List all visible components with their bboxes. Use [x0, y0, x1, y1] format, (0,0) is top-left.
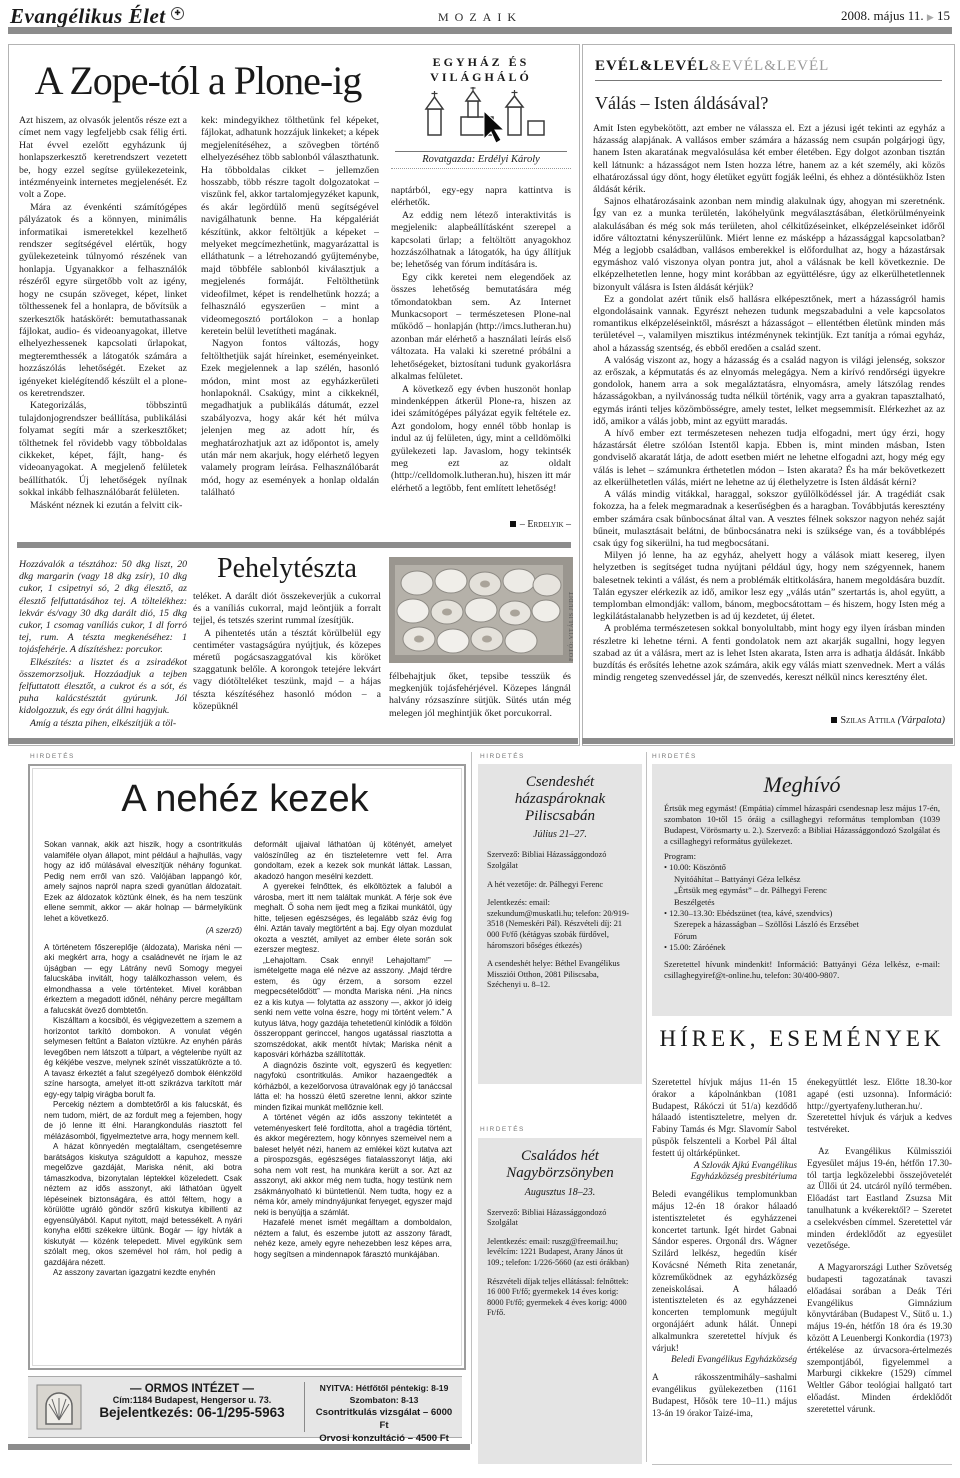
ormos-logo [36, 1384, 82, 1430]
main-article-box: A Zope-tól a Plone-ig Azt hiszem, az olv… [8, 44, 580, 746]
letters-header: EVÉL&LEVÉL&EVÉL&LEVÉL [595, 57, 942, 81]
nehez-title: A nehéz kezek [40, 778, 450, 821]
csalados-ad: Családos hét Nagybörzsönyben Augusztus 1… [478, 1138, 642, 1464]
news-item-1-signature: A Szlovák Ajkú Evangélikus Egyházközség … [652, 1161, 797, 1185]
bottom-left-rule [8, 1444, 470, 1450]
csalados-details: Szervező: Bibliai Házassággondozó Szolgá… [487, 1208, 633, 1319]
nyitva-line2: Szombaton: 8-13 [310, 1394, 458, 1406]
csalados-date: Augusztus 18–23. [487, 1187, 633, 1198]
csendeshet-ad: Csendeshét házaspároknak Piliscsabán Júl… [478, 764, 642, 1084]
letter-signature: Szilas Attila (Várpalota) [593, 715, 945, 726]
news-column-2: énekegyüttlét lesz. Előtte 18.30-kor aga… [807, 1078, 952, 1460]
ormos-booking: Bejelentkezés: 06-1/295-5963 [86, 1405, 298, 1420]
recipe-ingredients-column: Hozzávalók a tésztához: 50 dkg liszt, 20… [19, 559, 187, 739]
news-item-2-signature: Beledi Evangélikus Egyházközség [652, 1355, 797, 1367]
nehez-ad-box: A nehéz kezek Sokan vannak, akik azt his… [28, 764, 466, 1370]
nehez-lead: Sokan vannak, akik azt hiszik, hogy a cs… [44, 840, 242, 924]
nehez-column-2: deformált ujjaival láthatóan új kötényét… [254, 840, 452, 1352]
nyitva-line1: NYITVA: Hétfőtől péntekig: 8-19 [310, 1382, 458, 1394]
letters-header-light: &EVÉL&LEVÉL [709, 58, 829, 74]
news-bottom-rule [652, 1464, 952, 1465]
ad-label-meghivo: HIRDETÉS [652, 753, 697, 760]
ormos-text: — ORMOS INTÉZET — Cím:1184 Budapest, Hen… [86, 1383, 298, 1420]
letters-header-strong: EVÉL&LEVÉL [595, 58, 709, 74]
article-column-1: Azt hiszem, az olvasók jelentős része ez… [19, 115, 187, 535]
rubric-header: EGYHÁZ ÉS VILÁGHÁLÓ [391, 55, 571, 169]
section-label: MOZAIK [380, 10, 580, 25]
lower-divider-1 [471, 752, 472, 1444]
ad-label-csendeshet: HIRDETÉS [480, 753, 525, 760]
ormos-divider [304, 1382, 305, 1432]
lower-divider-2 [646, 752, 647, 1462]
csendeshet-details: Szervező: Bibliai Házassággondozó Szolgá… [487, 850, 633, 991]
ad-label-csalados: HIRDETÉS [480, 1126, 525, 1133]
masthead: Evangélikus Élet ✚ [10, 4, 184, 29]
signature-square-icon [510, 521, 516, 527]
letter-body: Amit Isten egybekötött, azt ember ne vál… [593, 123, 945, 711]
masthead-seal-icon: ✚ [171, 7, 184, 20]
recipe-column-3: félbehajtjuk őket, tepsibe tesszük és me… [389, 671, 571, 741]
ormos-ad: — ORMOS INTÉZET — Cím:1184 Budapest, Hen… [28, 1376, 462, 1438]
masthead-title: Evangélikus Élet [10, 4, 166, 28]
letter-signature-square-icon [831, 717, 837, 723]
meghivo-ad: Meghívó Értsük meg egymást! (Empátia) cí… [652, 764, 952, 1016]
rubric-divider [395, 151, 567, 152]
meghivo-title: Meghívó [664, 772, 940, 798]
church-illustration [391, 87, 571, 150]
csendeshet-title: Csendeshét házaspároknak Piliscsabán [487, 774, 633, 824]
letters-box: EVÉL&LEVÉL&EVÉL&LEVÉL Válás – Isten áldá… [582, 44, 955, 746]
meghivo-program-label: Program: [664, 851, 940, 862]
meghivo-body: Értsük meg egymást! (Empátia) címmel ház… [664, 803, 940, 847]
article-recipe-divider [17, 542, 571, 548]
newspaper-page: Evangélikus Élet ✚ MOZAIK 2008. május 11… [0, 0, 960, 1478]
nehez-byline: (A szerző) [44, 926, 242, 937]
nehez-col1-rest: A történetem főszereplője (áldozata), Ma… [44, 943, 242, 1279]
nyitva-service1: Csontritkulás vizsgálat – 6000 Ft [310, 1406, 458, 1432]
right-section-rule [582, 738, 953, 744]
news-column-1: Szeretettel hívjuk május 11-én 15 órakor… [652, 1078, 797, 1460]
rubric-title: EGYHÁZ ÉS VILÁGHÁLÓ [391, 55, 571, 85]
rubric-dotted-rule [391, 168, 571, 169]
photo-credit: FOTÓ: VITÁLIS JUDIT [569, 561, 575, 661]
csalados-title: Családos hét Nagybörzsönyben [487, 1148, 633, 1182]
letter-title: Válás – Isten áldásával? [595, 93, 942, 114]
meghivo-footer: Szeretettel hívunk mindenkit! Információ… [664, 959, 940, 981]
dateline: 2008. május 11. ▶ 15 [841, 8, 950, 24]
cursor-icon [484, 111, 504, 143]
csendeshet-date: Július 21–27. [487, 829, 633, 840]
news-item-2: Beledi evangélikus templomunkban május 1… [652, 1190, 797, 1355]
nehez-column-1: Sokan vannak, akik azt hiszik, hogy a cs… [44, 840, 242, 1352]
article-column-3: naptárból, egy-egy napra kattintva is el… [391, 185, 571, 517]
left-section-rule [8, 738, 578, 744]
news-title: HÍREK, ESEMÉNYEK [652, 1026, 952, 1052]
recipe-photo: FOTÓ: VITÁLIS JUDIT [389, 557, 573, 663]
rubric-editor: Rovatgazda: Erdélyi Károly [391, 154, 571, 165]
page-number: 15 [937, 8, 950, 23]
article-signature: – Erdelyik – [391, 519, 571, 530]
issue-date: 2008. május 11. [841, 8, 924, 23]
news-item-1: Szeretettel hívjuk május 11-én 15 órakor… [652, 1078, 797, 1161]
article-headline: A Zope-tól a Plone-ig [15, 61, 381, 102]
page-arrow-icon: ▶ [927, 12, 934, 22]
news-item-3: A rákosszentmihály–sashalmi evangélikus … [652, 1373, 797, 1420]
ad-label-nehez: HIRDETÉS [30, 753, 75, 760]
ormos-name: ORMOS INTÉZET [145, 1383, 240, 1395]
header-rule [8, 27, 952, 34]
ormos-address: Cím:1184 Budapest, Hengersor u. 73. [86, 1395, 298, 1405]
recipe-title: Pehelytészta [193, 553, 381, 585]
nyitva-ad: NYITVA: Hétfőtől péntekig: 8-19 Szombato… [310, 1382, 458, 1445]
recipe-column-2: teléket. A darált diót összekeverjük a c… [193, 591, 381, 739]
meghivo-program: • 10.00: KöszöntőNyitóáhítat – Battyányi… [664, 862, 940, 953]
article-column-2: kek: mindegyikhez tölthetünk fel képeket… [201, 115, 379, 535]
news-column-2-items: énekegyüttlét lesz. Előtte 18.30-kor aga… [807, 1078, 952, 1417]
